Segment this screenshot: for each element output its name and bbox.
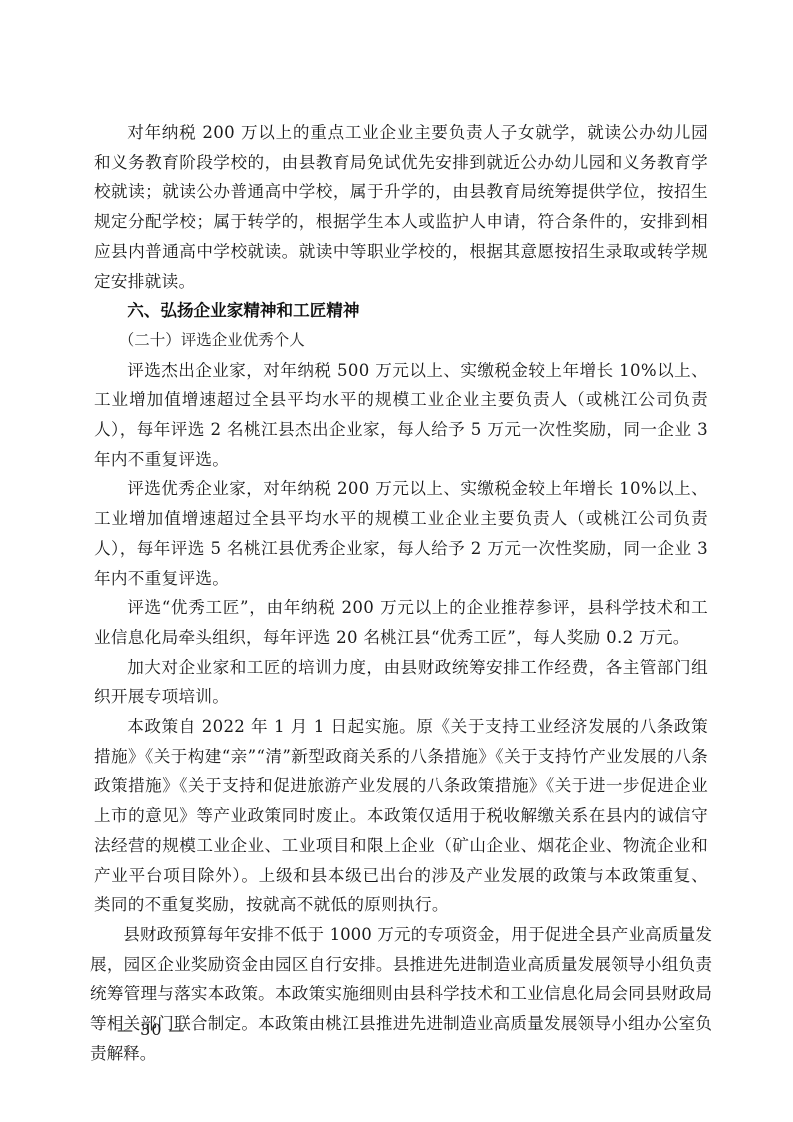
subsection-heading: （二十）评选企业优秀个人 (94, 326, 708, 356)
page-number: — 30 — (117, 1020, 186, 1039)
paragraph-excellent-entrepreneur: 评选优秀企业家，对年纳税 200 万元以上、实缴税金较上年增长 10%以上、工业… (94, 474, 708, 593)
paragraph-training: 加大对企业家和工匠的培训力度，由县财政统筹安排工作经费，各主管部门组织开展专项培… (94, 653, 708, 712)
paragraph-excellent-craftsman: 评选“优秀工匠”，由年纳税 200 万元以上的企业推荐参评，县科学技术和工业信息… (94, 593, 708, 652)
paragraph-funding: 县财政预算每年安排不低于 1000 万元的专项资金，用于促进全县产业高质量发展，… (90, 920, 712, 1069)
paragraph-effective-date: 本政策自 2022 年 1 月 1 日起实施。原《关于支持工业经济发展的八条政策… (94, 712, 708, 920)
paragraph-outstanding-entrepreneur: 评选杰出企业家，对年纳税 500 万元以上、实缴税金较上年增长 10%以上、工业… (94, 356, 708, 475)
paragraph-education-benefit: 对年纳税 200 万以上的重点工业企业主要负责人子女就学，就读公办幼儿园和义务教… (94, 118, 708, 296)
section-heading: 六、弘扬企业家精神和工匠精神 (94, 296, 708, 326)
document-page: 对年纳税 200 万以上的重点工业企业主要负责人子女就学，就读公办幼儿园和义务教… (94, 118, 708, 1069)
